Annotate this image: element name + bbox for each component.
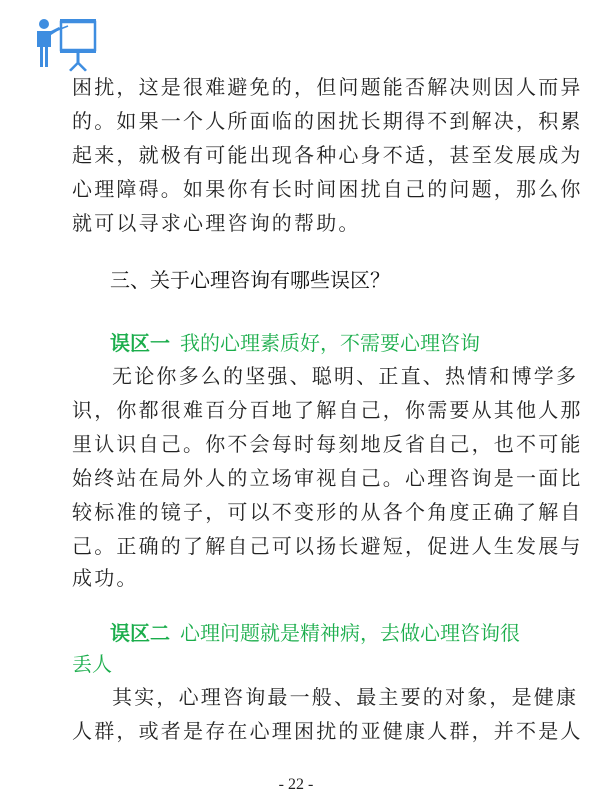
myth-2-heading: 误区二心理问题就是精神病，去做心理咨询很 — [110, 621, 520, 645]
intro-line: 困扰，这是很难避免的，但问题能否解决则因人而异 — [72, 75, 532, 99]
myth-2-line: 人群，或者是存在心理困扰的亚健康人群，并不是人 — [72, 719, 532, 743]
myth-1-line: 识，你都很难百分百地了解自己，你需要从其他人那 — [72, 398, 532, 422]
myth-2-line: 其实，心理咨询最一般、最主要的对象，是健康 — [112, 685, 572, 709]
myth-2-title-cont: 丢人 — [72, 652, 112, 676]
myth-1-line: 始终站在局外人的立场审视自己。心理咨询是一面比 — [72, 466, 532, 490]
myth-1-line: 里认识自己。你不会每时每刻地反省自己，也不可能 — [72, 432, 532, 456]
myth-2-tag: 误区二 — [110, 621, 170, 645]
myth-1-heading: 误区一我的心理素质好，不需要心理咨询 — [110, 331, 480, 355]
intro-line: 起来，就极有可能出现各种心身不适，甚至发展成为 — [72, 143, 532, 167]
myth-1-line: 己。正确的了解自己可以扬长避短，促进人生发展与 — [72, 534, 532, 558]
page-number: - 22 - — [0, 776, 592, 794]
myth-1-line: 成功。 — [72, 566, 532, 590]
intro-line: 就可以寻求心理咨询的帮助。 — [72, 211, 532, 235]
myth-1-line: 无论你多么的坚强、聪明、正直、热情和博学多 — [112, 364, 572, 388]
intro-line: 的。如果一个人所面临的困扰长期得不到解决，积累 — [72, 109, 532, 133]
myth-1-title: 我的心理素质好，不需要心理咨询 — [180, 331, 480, 355]
intro-line: 心理障碍。如果你有长时间困扰自己的问题，那么你 — [72, 177, 532, 201]
section-heading: 三、关于心理咨询有哪些误区？ — [110, 268, 390, 292]
myth-2-title: 心理问题就是精神病，去做心理咨询很 — [180, 621, 520, 645]
myth-1-line: 较标准的镜子，可以不变形的从各个角度正确了解自 — [72, 500, 532, 524]
myth-1-tag: 误区一 — [110, 331, 170, 355]
presentation-icon — [34, 14, 98, 72]
